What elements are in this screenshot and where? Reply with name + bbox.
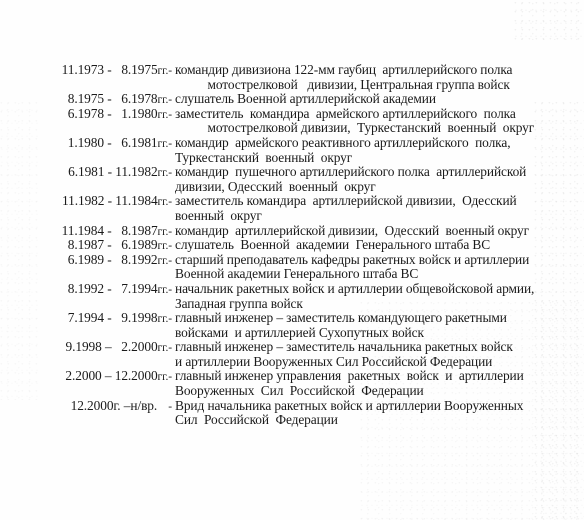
entry-description-line: военный округ — [175, 209, 580, 224]
service-record-entry: 6.1981 - 11.1982гг.- командир пушечного … — [0, 165, 584, 194]
service-record-entry: 11.1982 - 11.1984гг.- заместитель команд… — [0, 194, 584, 223]
service-record-entry: 11.1973 - 8.1975гг.- командир дивизиона … — [0, 63, 584, 92]
entry-dates: 12.2000г. –н/вр. - — [71, 399, 172, 415]
entry-date-range: 8.1975 - 6.1978 — [68, 91, 158, 106]
entry-date-suffix: гг.- — [158, 109, 172, 121]
entry-description-line: заместитель командира артиллерийской див… — [175, 194, 580, 209]
entry-date-range: 9.1998 – 2.2000 — [66, 339, 158, 354]
entry-date-range: 11.1982 - 11.1984 — [62, 193, 158, 208]
entry-description-line: Военной академии Генерального штаба ВС — [175, 267, 580, 282]
service-record-entry: 2.2000 – 12.2000гг.- главный инженер упр… — [0, 369, 584, 398]
entry-date-suffix: гг.- — [158, 255, 172, 267]
entry-date-range: 7.1994 - 9.1998 — [68, 310, 158, 325]
entry-description-line: Вооруженных Сил Российской Федерации — [175, 384, 580, 399]
entry-dates: 6.1978 - 1.1980гг.- — [68, 107, 172, 123]
entry-description-line: главный инженер – заместитель начальника… — [175, 340, 580, 355]
entry-description-line: старший преподаватель кафедры ракетных в… — [175, 253, 580, 268]
service-record-entry: 6.1978 - 1.1980гг.- заместитель командир… — [0, 107, 584, 136]
entry-dates: 6.1989 - 8.1992гг.- — [68, 253, 172, 269]
service-record-entry: 8.1992 - 7.1994гг.- начальник ракетных в… — [0, 282, 584, 311]
entry-description-line: командир дивизиона 122-мм гаубиц артилле… — [175, 63, 580, 78]
entry-description: главный инженер – заместитель командующе… — [175, 311, 580, 340]
entry-description: заместитель командира артиллерийской див… — [175, 194, 580, 223]
entry-description-line: Туркестанский военный округ — [175, 151, 580, 166]
entry-date-suffix: гг.- — [158, 240, 172, 252]
entry-description-line: командир армейского реактивного артиллер… — [175, 136, 580, 151]
entry-description-line: слушатель Военной артиллерийской академи… — [175, 92, 580, 107]
entry-date-suffix: гг.- — [158, 138, 172, 150]
entry-description-line: слушатель Военной академии Генерального … — [175, 238, 580, 253]
service-record-entry: 7.1994 - 9.1998гг.- главный инженер – за… — [0, 311, 584, 340]
entry-date-suffix: гг.- — [158, 313, 172, 325]
entry-dates: 6.1981 - 11.1982гг.- — [68, 165, 172, 181]
entry-description: командир армейского реактивного артиллер… — [175, 136, 580, 165]
service-record-entry: 6.1989 - 8.1992гг.- старший преподавател… — [0, 253, 584, 282]
entry-description-line: дивизии, Одесский военный округ — [175, 180, 580, 195]
service-record-entry: 1.1980 - 6.1981гг.- командир армейского … — [0, 136, 584, 165]
entry-date-suffix: гг.- — [158, 65, 172, 77]
entry-description: слушатель Военной артиллерийской академи… — [175, 92, 580, 107]
entry-date-range: 11.1984 - 8.1987 — [62, 223, 158, 238]
service-record-entry: 11.1984 - 8.1987гг.- командир артиллерий… — [0, 224, 584, 239]
entry-description: старший преподаватель кафедры ракетных в… — [175, 253, 580, 282]
entry-dates: 7.1994 - 9.1998гг.- — [68, 311, 172, 327]
entry-description-line: начальник ракетных войск и артиллерии об… — [175, 282, 580, 297]
entry-description-line: командир пушечного артиллерийского полка… — [175, 165, 580, 180]
service-record-entry: 8.1975 - 6.1978гг.- слушатель Военной ар… — [0, 92, 584, 107]
entry-date-range: 1.1980 - 6.1981 — [68, 135, 158, 150]
entry-date-suffix: гг.- — [158, 342, 172, 354]
service-record-entry: 8.1987 - 6.1989гг.- слушатель Военной ак… — [0, 238, 584, 253]
service-record-entry: 9.1998 – 2.2000гг.- главный инженер – за… — [0, 340, 584, 369]
entry-description-line: главный инженер – заместитель командующе… — [175, 311, 580, 326]
entry-description: главный инженер управления ракетных войс… — [175, 369, 580, 398]
entry-description-line: и артиллерии Вооруженных Сил Российской … — [175, 355, 580, 370]
entry-description-line: Западная группа войск — [175, 297, 580, 312]
entry-date-range: 8.1987 - 6.1989 — [68, 237, 158, 252]
entry-date-suffix: гг.- — [158, 94, 172, 106]
entry-date-suffix: гг.- — [158, 226, 172, 238]
entry-dates: 1.1980 - 6.1981гг.- — [68, 136, 172, 152]
entry-date-suffix: гг.- — [158, 284, 172, 296]
entry-dates: 11.1982 - 11.1984гг.- — [62, 194, 172, 210]
entry-dates: 2.2000 – 12.2000гг.- — [65, 369, 172, 385]
entry-description: командир дивизиона 122-мм гаубиц артилле… — [175, 63, 580, 92]
scan-noise — [514, 0, 584, 40]
entry-description-line: командир артиллерийской дивизии, Одесски… — [175, 224, 580, 239]
entry-date-suffix: гг.- — [158, 167, 172, 179]
entry-description: слушатель Военной академии Генерального … — [175, 238, 580, 253]
entry-description: Врид начальника ракетных войск и артилле… — [175, 399, 580, 428]
entry-description: командир артиллерийской дивизии, Одесски… — [175, 224, 580, 239]
scanned-page: 11.1973 - 8.1975гг.- командир дивизиона … — [0, 0, 584, 520]
entry-date-range: 2.2000 – 12.2000 — [65, 368, 157, 383]
service-record-list: 11.1973 - 8.1975гг.- командир дивизиона … — [0, 63, 584, 428]
entry-date-range: 12.2000г. –н/вр. — [71, 398, 158, 413]
entry-dates: 11.1973 - 8.1975гг.- — [62, 63, 172, 79]
entry-date-suffix: - — [157, 401, 172, 413]
entry-description-line: заместитель командира армейского артилле… — [175, 107, 580, 122]
entry-description-line: мотострелковой дивизии, Центральная груп… — [175, 78, 580, 93]
entry-description-line: мотострелковой дивизии, Туркестанский во… — [175, 121, 580, 136]
entry-description-line: главный инженер управления ракетных войс… — [175, 369, 580, 384]
entry-description: главный инженер – заместитель начальника… — [175, 340, 580, 369]
entry-dates: 9.1998 – 2.2000гг.- — [66, 340, 173, 356]
entry-date-range: 6.1981 - 11.1982 — [68, 164, 157, 179]
entry-dates: 8.1992 - 7.1994гг.- — [68, 282, 172, 298]
entry-date-suffix: гг.- — [158, 371, 172, 383]
service-record-entry: 12.2000г. –н/вр. - Врид начальника ракет… — [0, 399, 584, 428]
entry-date-range: 8.1992 - 7.1994 — [68, 281, 158, 296]
entry-description: начальник ракетных войск и артиллерии об… — [175, 282, 580, 311]
entry-description: командир пушечного артиллерийского полка… — [175, 165, 580, 194]
entry-description-line: Сил Российской Федерации — [175, 413, 580, 428]
entry-description-line: Врид начальника ракетных войск и артилле… — [175, 399, 580, 414]
entry-description: заместитель командира армейского артилле… — [175, 107, 580, 136]
entry-date-range: 11.1973 - 8.1975 — [62, 62, 158, 77]
entry-date-range: 6.1989 - 8.1992 — [68, 252, 158, 267]
entry-description-line: войсками и артиллерией Сухопутных войск — [175, 326, 580, 341]
entry-date-suffix: гг.- — [158, 196, 172, 208]
entry-date-range: 6.1978 - 1.1980 — [68, 106, 158, 121]
